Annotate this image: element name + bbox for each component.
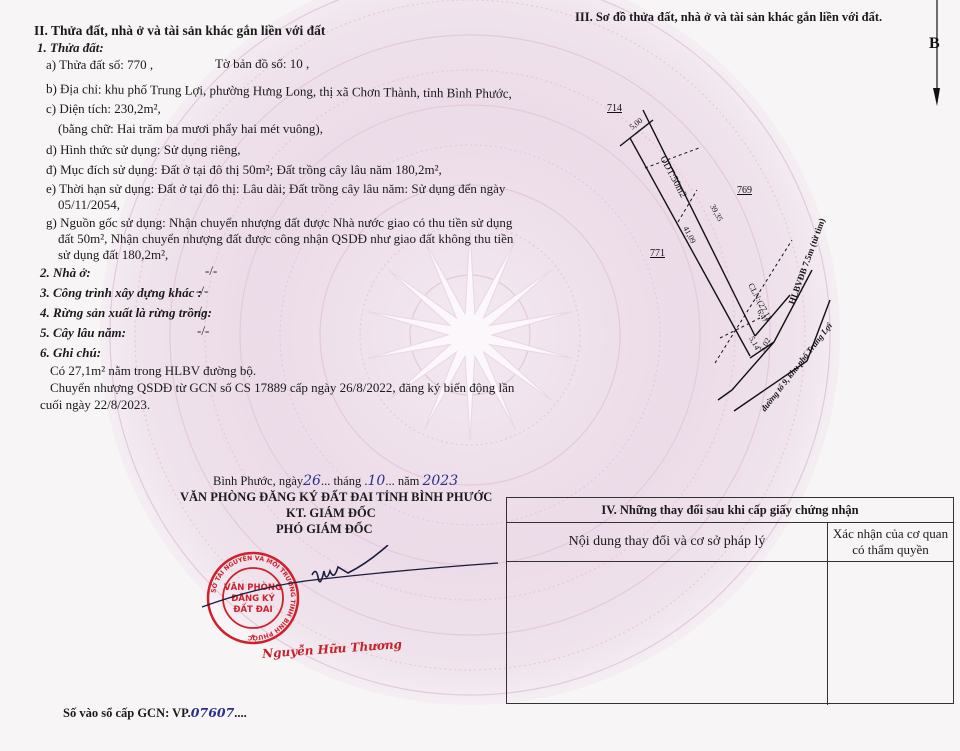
svg-text:769: 769	[737, 185, 752, 196]
certificate-page: II. Thửa đất, nhà ở và tài sản khác gắn …	[0, 0, 960, 751]
svg-text:771: 771	[650, 248, 665, 259]
col-change-content: Nội dung thay đổi và cơ sở pháp lý	[507, 523, 828, 561]
changes-table-body	[507, 562, 953, 705]
changes-table-header: Nội dung thay đổi và cơ sở pháp lý Xác n…	[507, 523, 953, 562]
changes-table: IV. Những thay đổi sau khi cấp giấy chứn…	[506, 497, 954, 704]
col-authority-line1: Xác nhận của cơ quan	[828, 526, 953, 542]
svg-text:B: B	[929, 35, 940, 52]
svg-text:ODT:50m2: ODT:50m2	[657, 154, 688, 199]
changes-table-title: IV. Những thay đổi sau khi cấp giấy chứn…	[507, 498, 953, 523]
svg-text:HLBVĐB 7.5m (từ tim): HLBVĐB 7.5m (từ tim)	[786, 217, 826, 306]
svg-text:đường tổ 9, khu phố Trung Lợi: đường tổ 9, khu phố Trung Lợi	[759, 320, 835, 413]
svg-text:714: 714	[607, 103, 622, 114]
col-authority-confirmation: Xác nhận của cơ quan có thẩm quyền	[828, 523, 953, 561]
north-arrow-icon	[933, 0, 940, 106]
svg-text:39,35: 39,35	[708, 203, 724, 223]
svg-text:5,02: 5,02	[758, 336, 773, 353]
change-content-cell	[507, 562, 828, 705]
col-authority-line2: có thẩm quyền	[828, 542, 953, 558]
